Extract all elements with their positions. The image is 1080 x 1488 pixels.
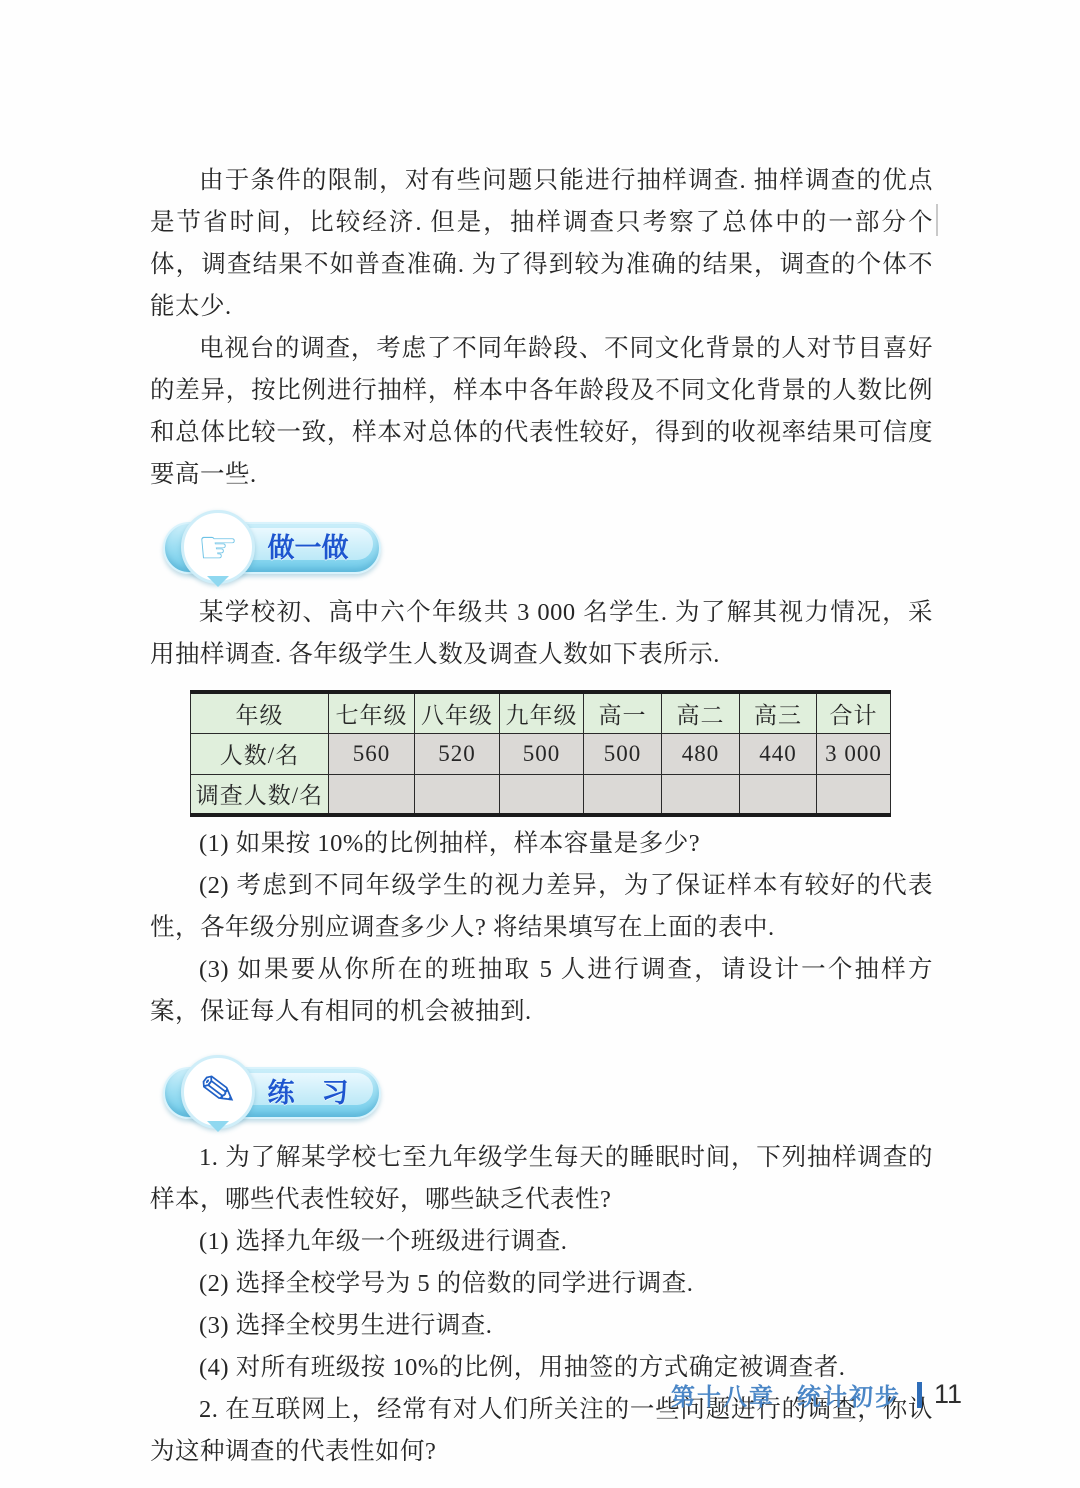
- section-title-label: 统计初步: [797, 1377, 901, 1412]
- table-header-cell: 高二: [662, 692, 740, 733]
- table-cell: 500: [584, 733, 662, 774]
- table-header-cell: 九年级: [500, 692, 584, 733]
- do-activity-label: 做一做: [237, 524, 379, 566]
- practice-icon-circle: ✎: [181, 1055, 255, 1129]
- table-blank-cell: [415, 774, 500, 815]
- intro-paragraph-2: 电视台的调查，考虑了不同年龄段、不同文化背景的人对节目喜好的差异，按比例进行抽样…: [150, 328, 933, 496]
- table-blank-cell: [817, 774, 891, 815]
- table-header-cell: 年级: [191, 692, 329, 733]
- row-label-cell: 人数/名: [191, 733, 329, 774]
- table-header-cell: 高三: [740, 692, 817, 733]
- grade-survey-table: 年级 七年级 八年级 九年级 高一 高二 高三 合计 人数/名 560 520 …: [190, 690, 891, 817]
- table-blank-cell: [584, 774, 662, 815]
- table-blank-cell: [500, 774, 584, 815]
- table-blank-cell: [662, 774, 740, 815]
- page-number: 11: [934, 1379, 962, 1410]
- activity-question-3: (3) 如果要从你所在的班抽取 5 人进行调查，请设计一个抽样方案，保证每人有相…: [150, 949, 933, 1033]
- hand-icon: ☞: [197, 524, 238, 570]
- practice-questions: 1. 为了解某学校七至九年级学生每天的睡眠时间，下列抽样调查的样本，哪些代表性较…: [150, 1137, 933, 1473]
- table-cell: 440: [740, 733, 817, 774]
- page-footer: 第十八章 统计初步 11: [671, 1377, 962, 1412]
- activity-question-1: (1) 如果按 10%的比例抽样，样本容量是多少?: [150, 823, 933, 865]
- practice-item-1-2: (2) 选择全校学号为 5 的倍数的同学进行调查.: [150, 1263, 933, 1305]
- survey-count-row: 调查人数/名: [191, 774, 891, 815]
- chapter-label: 第十八章: [671, 1377, 775, 1412]
- table-cell: 560: [329, 733, 415, 774]
- table-header-row: 年级 七年级 八年级 九年级 高一 高二 高三 合计: [191, 692, 891, 733]
- activity-question-2: (2) 考虑到不同年级学生的视力差异，为了保证样本有较好的代表性，各年级分别应调…: [150, 865, 933, 949]
- page-content: 由于条件的限制，对有些问题只能进行抽样调查. 抽样调查的优点是节省时间，比较经济…: [150, 160, 933, 1473]
- practice-item-1-1: (1) 选择九年级一个班级进行调查.: [150, 1221, 933, 1263]
- textbook-page: 由于条件的限制，对有些问题只能进行抽样调查. 抽样调查的优点是节省时间，比较经济…: [0, 0, 1080, 1488]
- table-header-cell: 高一: [584, 692, 662, 733]
- intro-paragraph-1: 由于条件的限制，对有些问题只能进行抽样调查. 抽样调查的优点是节省时间，比较经济…: [150, 160, 933, 328]
- table-cell: 3 000: [817, 733, 891, 774]
- table-blank-cell: [740, 774, 817, 815]
- activity-intro-paragraph: 某学校初、高中六个年级共 3 000 名学生. 为了解其视力情况，采用抽样调查.…: [150, 592, 933, 676]
- practice-item-1: 1. 为了解某学校七至九年级学生每天的睡眠时间，下列抽样调查的样本，哪些代表性较…: [150, 1137, 933, 1221]
- practice-badge: 练 习 ✎: [163, 1055, 933, 1131]
- chevron-down-icon: [207, 1121, 229, 1132]
- scan-artifact-mark: [936, 204, 938, 236]
- practice-item-1-3: (3) 选择全校男生进行调查.: [150, 1305, 933, 1347]
- table-header-cell: 合计: [817, 692, 891, 733]
- footer-divider: [917, 1382, 922, 1408]
- table-cell: 520: [415, 733, 500, 774]
- student-count-row: 人数/名 560 520 500 500 480 440 3 000: [191, 733, 891, 774]
- practice-label: 练 习: [237, 1069, 379, 1111]
- table-blank-cell: [329, 774, 415, 815]
- activity-questions: (1) 如果按 10%的比例抽样，样本容量是多少? (2) 考虑到不同年级学生的…: [150, 823, 933, 1033]
- table-cell: 500: [500, 733, 584, 774]
- table-header-cell: 七年级: [329, 692, 415, 733]
- table-header-cell: 八年级: [415, 692, 500, 733]
- row-label-cell: 调查人数/名: [191, 774, 329, 815]
- chevron-down-icon: [207, 576, 229, 587]
- do-activity-badge: 做一做 ☞: [163, 510, 933, 586]
- table-cell: 480: [662, 733, 740, 774]
- do-activity-icon-circle: ☞: [181, 510, 255, 584]
- pencil-icon: ✎: [197, 1068, 240, 1117]
